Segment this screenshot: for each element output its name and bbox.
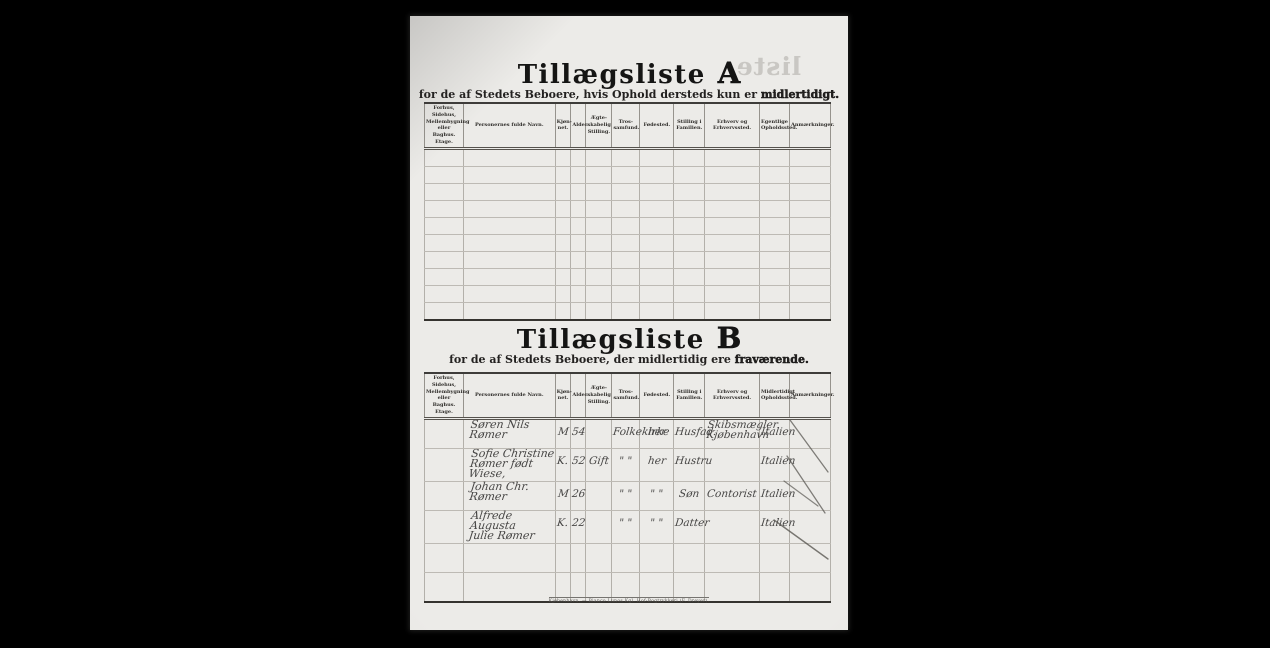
table-cell (612, 251, 640, 268)
handwritten-entry: Alfrede Augusta Julie Rømer (468, 511, 555, 541)
table-cell (463, 302, 555, 320)
table-cell (555, 285, 571, 302)
table-cell (674, 183, 705, 200)
table-row: Søren Nils RømerM54FolkekirkeherHusfad.S… (425, 418, 831, 448)
table-cell (759, 148, 789, 166)
table-cell (789, 543, 830, 572)
handwritten-entry: K. (557, 518, 569, 528)
handwritten-entry: " " (619, 456, 633, 466)
table-row (425, 166, 831, 183)
table-cell (612, 183, 640, 200)
column-header: Alder. (571, 373, 586, 418)
column-header: Forhus, Sidehus, Mellembygning eller Bag… (425, 103, 464, 148)
handwritten-entry: 54 (572, 427, 587, 437)
table-cell (425, 510, 464, 543)
table-cell (425, 251, 464, 268)
table-cell (586, 418, 612, 448)
table-cell (674, 285, 705, 302)
table-cell (463, 217, 555, 234)
table-cell (674, 543, 705, 572)
table-cell: Gift (586, 448, 612, 481)
table-cell (555, 234, 571, 251)
table-cell: Søren Nils Rømer (463, 418, 555, 448)
table-cell (789, 166, 830, 183)
list-a-title: TillægslisteA (410, 56, 848, 90)
table-cell (759, 543, 789, 572)
table-cell (674, 166, 705, 183)
table-cell (425, 418, 464, 448)
table-cell (705, 166, 760, 183)
table-cell (612, 217, 640, 234)
table-cell (586, 543, 612, 572)
table-cell (555, 183, 571, 200)
table-cell (640, 302, 674, 320)
table-row (425, 285, 831, 302)
handwritten-entry: her (647, 456, 666, 466)
table-cell (571, 183, 586, 200)
handwritten-entry: Italien (760, 456, 796, 466)
table-row (425, 217, 831, 234)
table-cell (571, 302, 586, 320)
table-cell: Husfad. (674, 418, 705, 448)
table-cell: Folkekirke (612, 418, 640, 448)
table-cell (571, 285, 586, 302)
column-header: Kjøn- net. (555, 373, 571, 418)
column-header: Tros- samfund. (612, 373, 640, 418)
table-cell: Italien (759, 448, 789, 481)
table-cell (555, 543, 571, 572)
table-cell (640, 183, 674, 200)
table-cell (789, 148, 830, 166)
table-cell (705, 285, 760, 302)
list-b-subtitle-text: for de af Stedets Beboere, der midlertid… (449, 353, 735, 366)
table-cell (555, 268, 571, 285)
table-cell (640, 285, 674, 302)
table-cell (586, 183, 612, 200)
column-header: Midlertidigt Opholdssted. (759, 373, 789, 418)
table-cell (759, 183, 789, 200)
handwritten-entry: " " (650, 489, 664, 499)
list-b-title: TillægslisteB (410, 321, 848, 355)
table-cell (571, 217, 586, 234)
table-cell (789, 302, 830, 320)
table-row (425, 200, 831, 217)
column-header: Erhverv og Erhvervssted. (705, 103, 760, 148)
table-cell (640, 217, 674, 234)
table-cell (759, 251, 789, 268)
table-cell (640, 148, 674, 166)
table-cell (612, 234, 640, 251)
handwritten-entry: " " (619, 489, 633, 499)
table-cell (674, 268, 705, 285)
viewer-background: liste. TillægslisteA for de af Stedets B… (0, 0, 1270, 648)
table-cell (463, 251, 555, 268)
table-row (425, 234, 831, 251)
table-row (425, 302, 831, 320)
table-row (425, 268, 831, 285)
table-cell: her (640, 448, 674, 481)
table-cell (612, 302, 640, 320)
table-cell (586, 510, 612, 543)
column-header: Ægte- skabelig Stilling. (586, 103, 612, 148)
table-cell (425, 234, 464, 251)
table-cell (612, 148, 640, 166)
table-cell (425, 200, 464, 217)
table-cell (640, 166, 674, 183)
table-cell: " " (612, 510, 640, 543)
handwritten-entry: Johan Chr. Rømer (469, 482, 555, 502)
table-cell: Johan Chr. Rømer (463, 481, 555, 510)
table-cell (759, 200, 789, 217)
table-cell (463, 285, 555, 302)
table-cell (759, 285, 789, 302)
list-b-table: Forhus, Sidehus, Mellembygning eller Bag… (424, 372, 831, 603)
table-cell: Sofie Christine Rømer født Wiese, (463, 448, 555, 481)
table-cell (571, 268, 586, 285)
table-cell (612, 166, 640, 183)
handwritten-entry: Italien (760, 427, 796, 437)
table-cell (789, 234, 830, 251)
table-cell (674, 200, 705, 217)
printer-imprint-text: Kjøbenhavn. — Bianco Lunos Kgl. Hof-Bogt… (549, 597, 710, 604)
column-header: Kjøn- net. (555, 103, 571, 148)
handwritten-entry: Datter (675, 518, 711, 528)
table-cell (586, 166, 612, 183)
table-cell (759, 268, 789, 285)
table-cell (425, 268, 464, 285)
column-header: Anmærkninger. (789, 373, 830, 418)
column-header: Alder. (571, 103, 586, 148)
column-header: Stilling i Familien. (674, 103, 705, 148)
table-cell (705, 448, 760, 481)
column-header: Ægte- skabelig Stilling. (586, 373, 612, 418)
table-cell (705, 251, 760, 268)
table-cell (705, 200, 760, 217)
table-cell (571, 234, 586, 251)
table-cell (789, 481, 830, 510)
handwritten-entry: M (557, 489, 569, 499)
column-header: Anmærkninger. (789, 103, 830, 148)
column-header: Personernes fulde Navn. (463, 103, 555, 148)
table-cell (789, 448, 830, 481)
list-b-title-letter: B (717, 321, 742, 355)
list-a-table: Forhus, Sidehus, Mellembygning eller Bag… (424, 102, 831, 321)
handwritten-entry: her (647, 427, 666, 437)
handwritten-entry: " " (650, 518, 664, 528)
table-cell (640, 268, 674, 285)
list-a-subtitle: for de af Stedets Beboere, hvis Ophold d… (410, 88, 848, 101)
header-row: Forhus, Sidehus, Mellembygning eller Bag… (425, 103, 831, 148)
table-cell (674, 148, 705, 166)
table-cell (555, 302, 571, 320)
table-cell: M (555, 481, 571, 510)
table-cell (789, 268, 830, 285)
column-header: Erhverv og Erhvervssted. (705, 373, 760, 418)
handwritten-entry: 52 (572, 456, 587, 466)
table-cell (705, 217, 760, 234)
table-cell (463, 148, 555, 166)
handwritten-entry: Søren Nils Rømer (469, 420, 555, 440)
table-row (425, 148, 831, 166)
table-cell (586, 200, 612, 217)
table-cell (789, 200, 830, 217)
table-cell (586, 148, 612, 166)
table-cell: M (555, 418, 571, 448)
table-cell (571, 543, 586, 572)
table-cell (612, 543, 640, 572)
table-cell: " " (640, 510, 674, 543)
list-a-title-word: Tillægsliste (518, 60, 706, 90)
handwritten-entry: Contorist (707, 489, 758, 499)
column-header: Forhus, Sidehus, Mellembygning eller Bag… (425, 373, 464, 418)
table-cell: Italien (759, 481, 789, 510)
list-b-subtitle-bold: fraværende. (735, 353, 809, 366)
table-cell (463, 166, 555, 183)
table-cell (425, 302, 464, 320)
handwritten-entry: M (557, 427, 569, 437)
column-header: Fødested. (640, 373, 674, 418)
table-cell (705, 510, 760, 543)
table-cell (612, 200, 640, 217)
table-cell (640, 234, 674, 251)
table-cell (674, 302, 705, 320)
table-cell (425, 183, 464, 200)
table-cell (586, 285, 612, 302)
table-cell (586, 234, 612, 251)
table-cell (789, 285, 830, 302)
table-cell (759, 166, 789, 183)
table-cell (425, 448, 464, 481)
table-cell: " " (640, 481, 674, 510)
table-cell (571, 251, 586, 268)
table-cell: Contorist (705, 481, 760, 510)
table-cell: 22 (571, 510, 586, 543)
table-cell: 52 (571, 448, 586, 481)
table-cell: Skibsmægler Kjøbenhavn (705, 418, 760, 448)
handwritten-entry: 22 (572, 518, 587, 528)
printer-imprint: Kjøbenhavn. — Bianco Lunos Kgl. Hof-Bogt… (410, 587, 848, 606)
table-cell (571, 200, 586, 217)
table-cell (586, 217, 612, 234)
table-cell (463, 200, 555, 217)
table-cell (463, 268, 555, 285)
table-cell (674, 234, 705, 251)
table-row (425, 251, 831, 268)
table-cell: 26 (571, 481, 586, 510)
table-cell (555, 251, 571, 268)
table-cell (789, 251, 830, 268)
table-cell (759, 217, 789, 234)
table-cell: K. (555, 448, 571, 481)
table-cell (789, 418, 830, 448)
table-cell (425, 481, 464, 510)
table-cell (586, 481, 612, 510)
table-cell (705, 234, 760, 251)
column-header: Personernes fulde Navn. (463, 373, 555, 418)
census-form-page: liste. TillægslisteA for de af Stedets B… (410, 16, 848, 630)
table-cell (705, 268, 760, 285)
table-cell: " " (612, 481, 640, 510)
table-cell (674, 217, 705, 234)
list-a-title-letter: A (718, 56, 741, 90)
table-cell (705, 148, 760, 166)
table-cell (425, 543, 464, 572)
table-cell (586, 302, 612, 320)
column-header: Fødested. (640, 103, 674, 148)
table-cell (571, 148, 586, 166)
table-cell (463, 183, 555, 200)
handwritten-entry: Italien (760, 518, 796, 528)
table-cell (759, 302, 789, 320)
table-cell (463, 234, 555, 251)
handwritten-entry: Sofie Christine Rømer født Wiese, (468, 449, 555, 479)
table-row: Johan Chr. RømerM26" "" "SønContoristIta… (425, 481, 831, 510)
table-cell (640, 543, 674, 572)
table-row (425, 543, 831, 572)
table-cell (463, 543, 555, 572)
table-cell (571, 166, 586, 183)
table-cell (789, 183, 830, 200)
table-cell (789, 510, 830, 543)
table-cell (425, 148, 464, 166)
table-cell (425, 217, 464, 234)
table-cell: K. (555, 510, 571, 543)
handwritten-entry: K. (557, 456, 569, 466)
table-cell (586, 268, 612, 285)
list-b-table-grid: Forhus, Sidehus, Mellembygning eller Bag… (424, 372, 831, 603)
table-cell (640, 200, 674, 217)
table-row: Sofie Christine Rømer født Wiese,K.52Gif… (425, 448, 831, 481)
list-a-table-grid: Forhus, Sidehus, Mellembygning eller Bag… (424, 102, 831, 321)
table-cell: 54 (571, 418, 586, 448)
handwritten-entry: Gift (588, 456, 609, 466)
table-cell (555, 200, 571, 217)
table-cell (586, 251, 612, 268)
list-b-subtitle: for de af Stedets Beboere, der midlertid… (410, 353, 848, 366)
table-row: Alfrede Augusta Julie RømerK.22" "" "Dat… (425, 510, 831, 543)
column-header: Tros- samfund. (612, 103, 640, 148)
table-cell: Hustru (674, 448, 705, 481)
table-cell (640, 251, 674, 268)
table-cell: Italien (759, 510, 789, 543)
table-cell: " " (612, 448, 640, 481)
table-cell (759, 234, 789, 251)
handwritten-entry: " " (619, 518, 633, 528)
table-cell: Alfrede Augusta Julie Rømer (463, 510, 555, 543)
table-cell (705, 543, 760, 572)
table-cell (555, 166, 571, 183)
table-cell (705, 302, 760, 320)
column-header: Egentlige Opholdssted. (759, 103, 789, 148)
table-cell (612, 285, 640, 302)
handwritten-entry: 26 (572, 489, 587, 499)
table-row (425, 183, 831, 200)
list-a-subtitle-bold: midlertidigt. (761, 88, 839, 101)
handwritten-entry: Italien (760, 489, 796, 499)
table-cell (555, 148, 571, 166)
table-cell (425, 166, 464, 183)
table-cell (425, 285, 464, 302)
list-a-subtitle-text: for de af Stedets Beboere, hvis Ophold d… (419, 88, 761, 101)
handwritten-entry: Hustru (675, 456, 714, 466)
table-cell (789, 217, 830, 234)
table-cell (705, 183, 760, 200)
handwritten-entry: Søn (679, 489, 701, 499)
table-cell: Datter (674, 510, 705, 543)
table-cell (555, 217, 571, 234)
table-cell (674, 251, 705, 268)
header-row: Forhus, Sidehus, Mellembygning eller Bag… (425, 373, 831, 418)
column-header: Stilling i Familien. (674, 373, 705, 418)
table-cell (612, 268, 640, 285)
table-cell: Søn (674, 481, 705, 510)
list-b-title-word: Tillægsliste (517, 325, 705, 355)
